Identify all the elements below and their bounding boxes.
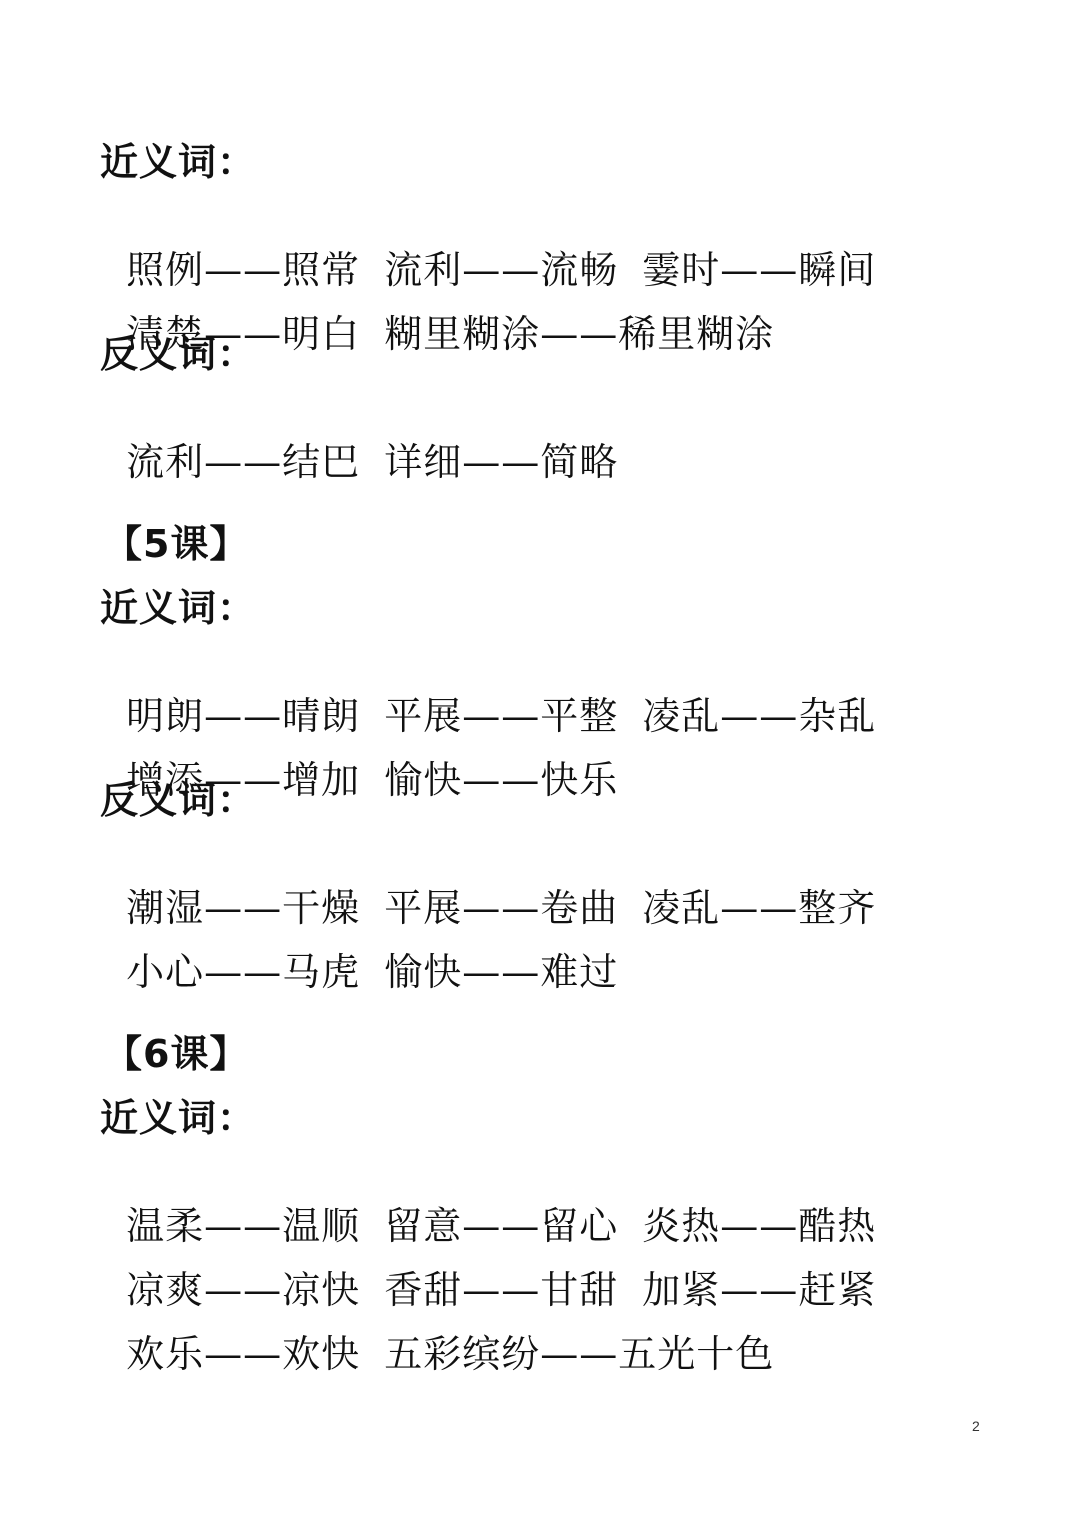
lesson-5-title: 【5课】: [104, 522, 248, 566]
word-pair: 五彩缤纷——五光十色: [384, 1332, 774, 1376]
synonym-heading: 近义词：: [100, 140, 256, 184]
word-pair: 流利——结巴: [126, 440, 360, 484]
lesson-6-title: 【6课】: [104, 1032, 248, 1076]
synonym-heading: 近义词：: [100, 1096, 256, 1140]
antonym-heading: 反义词：: [100, 332, 256, 376]
antonym-line: 小心——马虎愉快——难过: [100, 906, 642, 994]
word-pair: 愉快——难过: [384, 950, 618, 994]
word-pair: 小心——马虎: [126, 950, 360, 994]
antonym-heading: 反义词：: [100, 778, 256, 822]
word-pair: 糊里糊涂——稀里糊涂: [384, 312, 774, 356]
word-pair: 凌乱——杂乱: [642, 694, 876, 738]
synonym-line: 欢乐——欢快五彩缤纷——五光十色: [100, 1288, 798, 1376]
synonym-heading: 近义词：: [100, 586, 256, 630]
word-pair: 详细——简略: [384, 440, 618, 484]
page-number: 2: [972, 1418, 980, 1434]
word-pair: 愉快——快乐: [384, 758, 618, 802]
word-pair: 欢乐——欢快: [126, 1332, 360, 1376]
word-pair: 凌乱——整齐: [642, 886, 876, 930]
antonym-line: 流利——结巴详细——简略: [100, 396, 642, 484]
